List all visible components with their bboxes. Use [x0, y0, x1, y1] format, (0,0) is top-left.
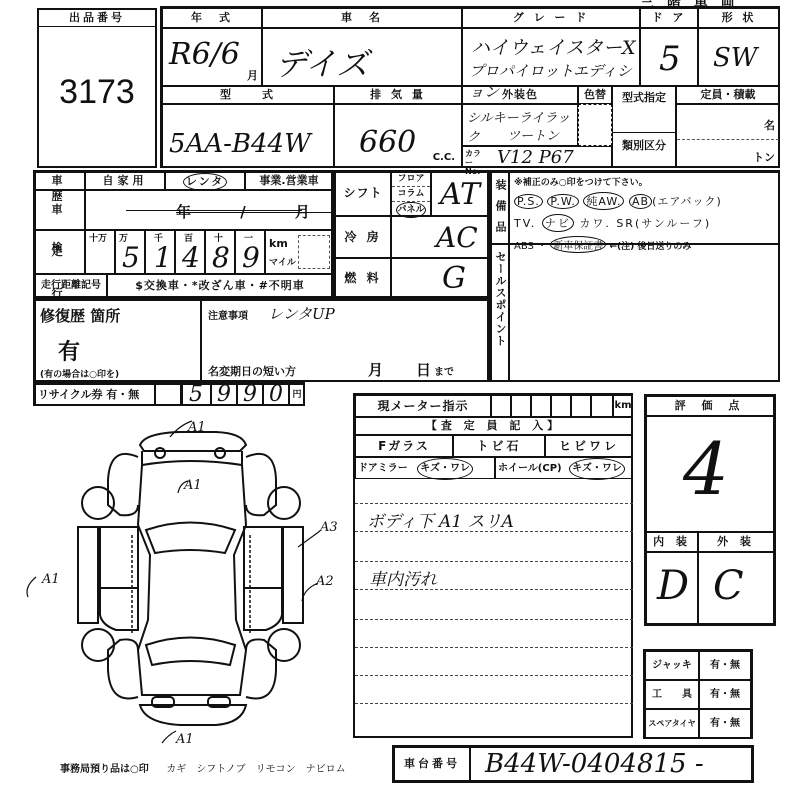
shift-option-floor: フロア	[392, 173, 430, 187]
meter-digit	[571, 395, 591, 417]
aircon-value-cell: AC	[391, 216, 489, 258]
repair-label: 修復歴 箇所	[40, 305, 120, 326]
mirror-options: キズ・ワレ	[417, 458, 473, 480]
shift-value: AT	[440, 177, 480, 212]
mileage-digit-value: 5	[122, 241, 140, 274]
glass-option-crack: ヒビワレ	[545, 435, 633, 457]
office-items-label: 事務局預り品は○印	[60, 764, 149, 775]
accessory-jack-value: 有・無	[699, 651, 751, 680]
displacement-value: 660	[359, 125, 416, 160]
shift-option-panel: パネル	[392, 202, 430, 216]
wheel-label: ホイール(CP)	[498, 463, 562, 474]
caution-value: レンタUP	[268, 303, 335, 324]
equipment-row1: P.S. P.W. 純AW. AB(エアバック)	[514, 192, 775, 210]
recycle-digit: 0	[263, 384, 289, 406]
fuel-value-cell: G	[391, 258, 489, 298]
mileage-digit-1k: 千1	[145, 230, 175, 274]
score-block: 評 価 点 4 内 装 外 装 D C	[644, 394, 776, 626]
interior-label: 内 装	[646, 532, 698, 552]
equipment-options: ※補正のみ○印をつけて下さい。 P.S. P.W. 純AW. AB(エアバック)…	[509, 172, 780, 244]
grade-cell: ハイウェイスターX プロパイロットエディション	[462, 28, 640, 86]
exterior-value-cell: C	[698, 552, 774, 624]
car-name-value: デイズ	[275, 39, 368, 85]
recycle-label: リサイクル券 有・無	[35, 384, 155, 406]
meter-digit	[511, 395, 531, 417]
caution-cell: 注意事項 レンタUP 名変期日の短い方 月 日 まで	[201, 300, 489, 382]
equipment-label: 装備品	[492, 179, 508, 242]
grade-line1: ハイウェイスターX	[471, 33, 636, 60]
year-month-suffix: 月	[247, 67, 258, 83]
aircon-value: AC	[436, 221, 478, 254]
equipment-row2: TV. ナビ カワ. SR(サンルーフ)	[514, 214, 775, 232]
shape-value: SW	[713, 43, 758, 73]
drivetrain-block: シフト フロア コラム パネル AT 冷 房 AC 燃 料 G	[333, 170, 489, 298]
mileage-digit-value: 1	[154, 241, 172, 274]
history-label: 車 歴	[35, 172, 85, 190]
history-option-rental: レンタ	[165, 172, 245, 190]
equip-tv: TV.	[514, 217, 536, 230]
vehicle-info-grid: 年 式 車 名 グ レ ー ド ド ア 形 状 R6/6 月 デイズ ハイウェイ…	[160, 6, 780, 168]
chassis-label: 車台番号	[394, 747, 470, 781]
lot-number: 3173	[39, 73, 155, 112]
mileage-code-value: $交換車・*改ざん車・#不明車	[107, 274, 333, 298]
shape-cell: SW	[698, 28, 780, 86]
equip-ab: AB	[629, 194, 652, 209]
equipment-label-cell: 装備品	[491, 172, 509, 244]
mileage-code-label: 走行距離記号	[35, 274, 107, 298]
wheel-options: キズ・ワレ	[569, 458, 625, 480]
office-items: 事務局預り品は○印 カギ シフトノブ リモコン ナビロム	[60, 760, 346, 775]
sales-point-label: セールスポイント	[492, 251, 508, 347]
accessory-jack-label: ジャッキ	[645, 651, 699, 680]
equip-aw: 純AW.	[583, 192, 624, 210]
mileage-digit-100k: 十万	[85, 230, 115, 274]
color-value-line2: ツートン	[507, 125, 559, 144]
wheel-cell: ホイール(CP) キズ・ワレ	[495, 457, 633, 479]
mirror-cell: ドアミラー キズ・ワレ	[355, 457, 495, 479]
mileage-unit-km: km	[269, 237, 288, 250]
score-value: 4	[683, 427, 729, 511]
model-value: 5AA-B44W	[169, 129, 311, 159]
name-change-month: 月	[368, 359, 383, 380]
capacity-label: 定員・積載	[676, 86, 780, 104]
mileage-digit-value: 8	[212, 241, 230, 274]
model-cell: 5AA-B44W	[162, 104, 334, 168]
mileage-digits: 十万 万5 千1 百4 十8 一9 km マイル	[85, 230, 333, 274]
repair-cell: 修復歴 箇所 有 (有の場合は○印を)	[35, 300, 201, 382]
year-label: 年 式	[162, 8, 262, 28]
equip-ab-note: (エアバック)	[652, 195, 722, 208]
capacity-cell: 名 トン	[676, 104, 780, 168]
color-label: 外装色	[462, 86, 578, 104]
shift-value-cell: AT	[431, 172, 489, 216]
equip-leather: カワ.	[579, 217, 611, 230]
accessory-spare-label: スペアタイヤ	[645, 709, 699, 738]
interior-value: D	[657, 563, 689, 609]
mileage-digit-100: 百4	[175, 230, 205, 274]
displacement-cell: 660 C.C.	[334, 104, 462, 168]
doors-value: 5	[659, 39, 681, 79]
car-name-label: 車 名	[262, 8, 462, 28]
accessory-tools-value: 有・無	[699, 680, 751, 709]
mileage-label: 走 行	[35, 230, 85, 274]
mileage-digit-1: 一9	[235, 230, 265, 274]
caution-label: 注意事項	[208, 307, 248, 322]
lot-box: 出品番号 3173	[37, 8, 157, 168]
recycle-unit: 円	[289, 384, 305, 406]
score-value-cell: 4	[646, 416, 774, 532]
fuel-value: G	[442, 261, 466, 296]
mark-right-rear-door: A2	[315, 574, 334, 589]
color-value-cell: シルキーライラック ツートン	[462, 104, 578, 146]
recycle-digit	[155, 384, 181, 406]
grade-label: グ レ ー ド	[462, 8, 640, 28]
exterior-value: C	[713, 563, 744, 609]
displacement-label: 排 気 量	[334, 86, 462, 104]
history-rental-circled: レンタ	[183, 173, 227, 191]
color-change-label: 色替	[578, 86, 612, 104]
recycle-block: リサイクル券 有・無 5 9 9 0 円	[33, 382, 305, 406]
chassis-block: 車台番号 B44W-0404815 -	[392, 745, 754, 783]
repair-block: 修復歴 箇所 有 (有の場合は○印を) 注意事項 レンタUP 名変期日の短い方 …	[33, 298, 489, 382]
mileage-digit-10: 十8	[205, 230, 235, 274]
class-label: 類別区分	[612, 132, 676, 153]
inspection-label: 車 検	[35, 190, 85, 230]
equipment-block: 装備品 ※補正のみ○印をつけて下さい。 P.S. P.W. 純AW. AB(エア…	[489, 170, 780, 382]
meter-digit	[491, 395, 511, 417]
history-option-private: 自家用	[85, 172, 165, 190]
recycle-digit: 9	[237, 384, 263, 406]
accessories-block: ジャッキ 有・無 工 具 有・無 スペアタイヤ 有・無	[643, 649, 753, 739]
aircon-label: 冷 房	[335, 216, 391, 258]
name-change-until: まで	[434, 363, 454, 378]
interior-value-cell: D	[646, 552, 698, 624]
car-name-cell: デイズ	[262, 28, 462, 86]
mileage-digit-value: 9	[242, 241, 260, 274]
equip-pw: P.W.	[547, 194, 579, 209]
equip-navi: ナビ	[542, 214, 574, 232]
doors-cell: 5	[640, 28, 698, 86]
mileage-digit-value: 4	[182, 241, 200, 274]
inspector-notes: ボディ下 A1 スリA 車内汚れ	[355, 479, 633, 738]
exterior-label: 外 装	[698, 532, 774, 552]
doors-label: ド ア	[640, 8, 698, 28]
meter-digit	[551, 395, 571, 417]
year-value-cell: R6/6 月	[162, 28, 262, 86]
displacement-unit: C.C.	[433, 152, 455, 163]
glass-option-chip: トビ石	[453, 435, 545, 457]
name-change-day: 日	[416, 359, 431, 380]
mirror-label: ドアミラー	[358, 463, 408, 474]
shift-options: フロア コラム パネル	[391, 172, 431, 216]
mark-right-front-door: A3	[319, 520, 338, 535]
inspector-label: 【査 定 員 記 入】	[355, 417, 633, 435]
inspector-note-2: 車内汚れ	[369, 565, 437, 590]
recycle-digit: 9	[211, 384, 237, 406]
year-value: R6/6	[169, 37, 240, 72]
repair-note: (有の場合は○印を)	[40, 367, 119, 380]
color-code-value: V12 P67	[497, 147, 574, 168]
mileage-unit-cell: km マイル	[265, 230, 333, 274]
accessory-spare-value: 有・無	[699, 709, 751, 738]
fuel-label: 燃 料	[335, 258, 391, 298]
equip-sunroof: SR(サンルーフ)	[616, 217, 711, 230]
color-change-cell	[578, 104, 612, 146]
meter-digit	[591, 395, 613, 417]
mark-hood: A1	[183, 478, 202, 493]
capacity-tons-unit: トン	[753, 149, 775, 165]
shape-label: 形 状	[698, 8, 780, 28]
mileage-unit-mile: マイル	[269, 255, 296, 268]
type-designation-label: 型式指定	[612, 86, 676, 168]
repair-value: 有	[58, 335, 80, 366]
lot-label: 出品番号	[39, 10, 155, 27]
inspection-value: 年 / 月	[176, 201, 332, 222]
equip-ps: P.S.	[514, 194, 543, 209]
accessory-tools-label: 工 具	[645, 680, 699, 709]
equipment-note: ※補正のみ○印をつけて下さい。	[514, 175, 775, 188]
history-block: 車 歴 自家用 レンタ 事業.営業車 車 検 年 / 月 走 行 十万 万5 千…	[33, 170, 333, 298]
sales-point-value	[509, 244, 780, 382]
meter-label: 現メーター指示	[355, 395, 491, 417]
model-label: 型 式	[162, 86, 334, 104]
inspector-block: 現メーター指示 km 【査 定 員 記 入】 Fガラス トビ石 ヒビワレ ドアミ…	[353, 393, 633, 738]
mark-rear-bumper: A1	[175, 732, 194, 745]
shift-option-column: コラム	[392, 187, 430, 202]
glass-label: Fガラス	[355, 435, 453, 457]
shift-label: シフト	[335, 172, 391, 216]
recycle-digit: 5	[181, 384, 211, 406]
mark-left-side: A1	[41, 572, 60, 587]
car-diagram: A1 A1 A1 A3 A2 A1	[20, 405, 350, 745]
score-label: 評 価 点	[646, 396, 774, 416]
name-change-label: 名変期日の短い方	[208, 363, 296, 379]
inspector-note-1: ボディ下 A1 スリA	[367, 507, 514, 532]
mileage-digit-10k: 万5	[115, 230, 145, 274]
chassis-value: B44W-0404815 -	[470, 747, 752, 781]
meter-unit: km	[613, 395, 633, 417]
history-option-business: 事業.営業車	[245, 172, 333, 190]
office-items-list: カギ シフトノブ リモコン ナビロム	[166, 764, 345, 775]
meter-digit	[531, 395, 551, 417]
color-code-cell: カラーNo. V12 P67	[462, 146, 612, 168]
mileage-digit-label: 十万	[89, 231, 107, 244]
sales-point-label-cell: セールスポイント	[491, 244, 509, 382]
inspection-cell: 年 / 月	[85, 190, 333, 230]
capacity-persons-unit: 名	[764, 117, 775, 133]
